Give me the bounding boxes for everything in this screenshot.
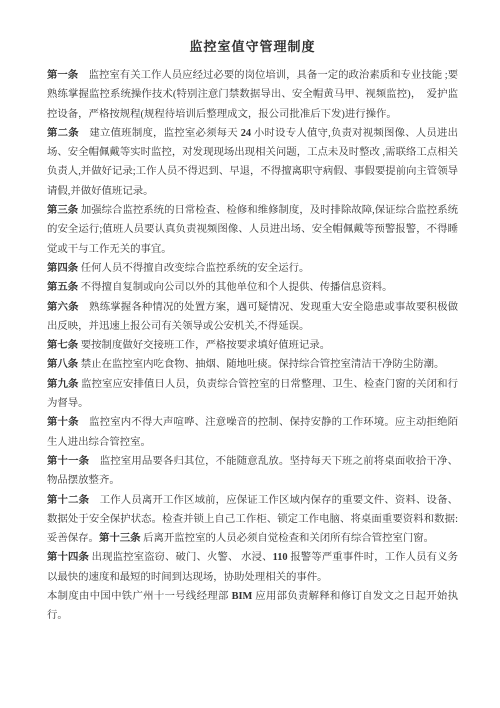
article-label: BIM (232, 591, 253, 602)
article-paragraph: 第三条 加强综合监控系统的日常检查、检修和维修制度，及时排除故障,保证综合监控系… (47, 201, 458, 259)
article-label: 第十四条 (47, 552, 89, 563)
article-text: 监控室内不得大声喧哗、注意噪音的控制、保持安静的工作环境。应主动拒绝陌生人进出综… (47, 417, 458, 447)
article-text: 建立值班制度，监控室必须每天 (79, 128, 241, 139)
document-title: 监控室值守管理制度 (47, 38, 458, 55)
article-label: 110 (273, 552, 288, 563)
article-paragraph: 第二条 建立值班制度，监控室必须每天 24 小时设专人值守,负责对视频图像、人员… (47, 124, 458, 201)
article-paragraph: 第五条 不得擅自复制或向公司以外的其他单位和个人提供、传播信息资料。 (47, 278, 458, 297)
article-paragraph: 第十条 监控室内不得大声喧哗、注意噪音的控制、保持安静的工作环境。应主动拒绝陌生… (47, 413, 458, 452)
article-text: 不得擅自复制或向公司以外的其他单位和个人提供、传播信息资料。 (78, 282, 392, 293)
article-text: 监控室应安排值日人员，负责综合管控室的日常整理、卫生、检查门窗的关闭和行为督导。 (47, 379, 458, 409)
article-paragraph: 第八条 禁止在监控室内吃食物、抽烟、随地吐痰。保持综合管控室清洁干净防尘防潮。 (47, 355, 458, 374)
article-text: 要按制度做好交接班工作，严格按要求填好值班记录。 (78, 340, 330, 351)
article-paragraph: 第十一条 监控室用品要各归其位，不能随意乱放。坚持每天下班之前将桌面收拾干净、物… (47, 452, 458, 491)
article-label: 24 (241, 128, 251, 139)
document-page: 监控室值守管理制度 第一条 监控室有关工作人员应经过必要的岗位培训，具备一定的政… (0, 0, 500, 708)
article-label: 第十二条 (47, 495, 89, 506)
article-paragraph: 第六条 熟练掌握各种情况的处置方案，遇可疑情况、发现重大安全隐患或事故要积极做出… (47, 298, 458, 337)
article-label: 第八条 (47, 359, 78, 370)
article-text: 任何人员不得擅自改变综合监控系统的安全运行。 (78, 263, 309, 274)
article-paragraph: 第十四条 出现监控室盗窃、破门、火警、 水浸、110 报警等严重事件时，工作人员… (47, 548, 458, 587)
article-text: 加强综合监控系统的日常检查、检修和维修制度，及时排除故障,保证综合监控系统的安全… (47, 205, 458, 255)
article-label: 第十一条 (47, 456, 89, 467)
article-paragraph: 第四条 任何人员不得擅自改变综合监控系统的安全运行。 (47, 259, 458, 278)
article-label: 第五条 (47, 282, 78, 293)
article-label: 第七条 (47, 340, 78, 351)
article-label: 第三条 (47, 205, 78, 216)
article-text: 监控室用品要各归其位，不能随意乱放。坚持每天下班之前将桌面收拾干净、物品摆放整齐… (47, 456, 458, 486)
article-paragraph: 第一条 监控室有关工作人员应经过必要的岗位培训，具备一定的政治素质和专业技能 ;… (47, 66, 458, 124)
article-label: 第九条 (47, 379, 78, 390)
article-label: 第十三条 (99, 533, 141, 544)
article-label: 第四条 (47, 263, 78, 274)
article-label: 第六条 (47, 302, 79, 313)
document-content: 监控室值守管理制度 第一条 监控室有关工作人员应经过必要的岗位培训，具备一定的政… (47, 38, 458, 626)
article-text: 出现监控室盗窃、破门、火警、 水浸、 (89, 552, 273, 563)
article-text: 本制度由中国中铁广州十一号线经理部 (47, 591, 232, 602)
article-text: 熟练掌握各种情况的处置方案，遇可疑情况、发现重大安全隐患或事故要积极做出反映，并… (47, 302, 458, 332)
article-text: 监控室有关工作人员应经过必要的岗位培训，具备一定的政治素质和专业技能 ;要熟练掌… (47, 70, 458, 120)
article-label: 第一条 (47, 70, 78, 81)
article-label: 第十条 (47, 417, 79, 428)
article-paragraph: 第十二条 工作人员离开工作区域前，应保证工作区域内保存的重要文件、资料、设备、数… (47, 491, 458, 549)
article-text: 禁止在监控室内吃食物、抽烟、随地吐痰。保持综合管控室清洁干净防尘防潮。 (78, 359, 444, 370)
article-text: 后离开监控室的人员必须自觉检查和关闭所有综合管控室门窗。 (141, 533, 435, 544)
article-paragraph: 第九条 监控室应安排值日人员，负责综合管控室的日常整理、卫生、检查门窗的关闭和行… (47, 375, 458, 414)
article-paragraph: 本制度由中国中铁广州十一号线经理部 BIM 应用部负责解释和修订自发文之日起开始… (47, 587, 458, 626)
article-label: 第二条 (47, 128, 79, 139)
article-paragraph: 第七条 要按制度做好交接班工作，严格按要求填好值班记录。 (47, 336, 458, 355)
document-body: 第一条 监控室有关工作人员应经过必要的岗位培训，具备一定的政治素质和专业技能 ;… (47, 66, 458, 626)
